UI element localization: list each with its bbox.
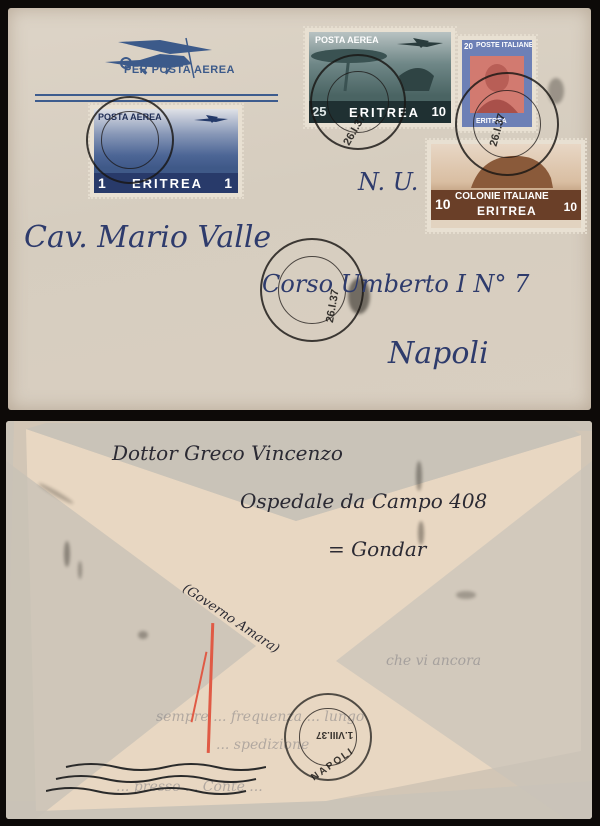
recipient-street: Corso Umberto I N° 7 [262,270,529,298]
stamp-title: POSTE ITALIANE [476,42,532,49]
machine-cancel-wavy-lines [46,761,266,797]
postmark-date: 26.I.37 [488,112,508,148]
sender-address: Ospedale da Campo 408 [240,489,487,513]
postmark-date: 1.VIII.37 [316,729,353,740]
stamp-imprint [431,220,581,228]
pencil-note: che vi ancora [386,653,481,669]
address-rule-2 [35,100,278,102]
postmark-gondar-2: 26.I.37 [310,54,406,150]
ink-speck [138,631,148,639]
postmark-date: 26.I.37 [341,112,368,147]
stamp-value-right: 10 [432,104,446,119]
address-note: N. U. [358,168,418,196]
stamp-title: COLONIE ITALIANE [455,191,549,202]
recipient-name: Cav. Mario Valle [24,220,271,255]
envelope-front: PER POSTA AEREA POSTA AEREA 1 ERITREA 1 … [8,8,591,410]
airplane-logo-icon [100,30,230,85]
stamp-value-left: 10 [435,196,451,212]
stamp-bar: 10 COLONIE ITALIANE ERITREA 10 [431,190,581,220]
address-rule-1 [35,94,278,96]
airmail-label: PER POSTA AEREA [124,64,235,76]
ink-speck [78,561,82,579]
ink-speck [64,541,70,567]
stamp-value: 20 [464,42,473,51]
stamp-value-left: 1 [98,175,106,191]
sender-name: Dottor Greco Vincenzo [112,441,343,465]
ink-smudge [548,78,564,104]
ink-speck [416,461,422,491]
ink-speck [456,591,476,599]
envelope-back: Dottor Greco Vincenzo Ospedale da Campo … [6,421,592,819]
stamp-value-right: 10 [564,200,577,214]
postmark-gondar-3: 26.I.37 [455,72,559,176]
postmark-gondar-1 [86,96,174,184]
stamp-value-right: 1 [224,175,232,191]
stamp-title: POSTA AEREA [315,35,379,45]
postmark-napoli: 1.VIII.37 NAPOLI [284,693,372,781]
ink-speck [418,521,424,545]
recipient-city: Napoli [388,336,489,371]
airplane-icon [192,113,230,125]
stamp-country: ERITREA [477,204,537,218]
sender-city: = Gondar [328,537,426,561]
